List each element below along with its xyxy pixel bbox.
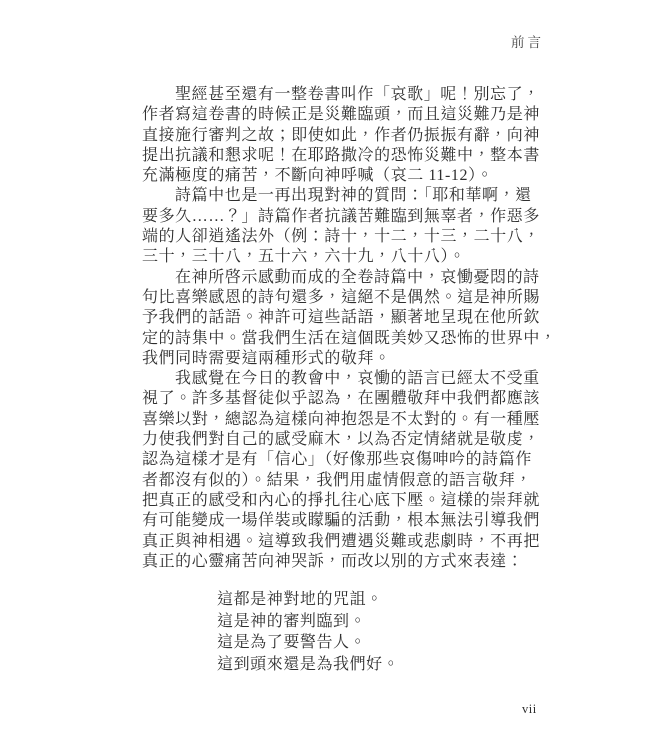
text-block: 聖經甚至還有一整卷書叫作「哀歌」呢！別忘了， 作者寫這卷書的時候正是災難臨頭，而… [142, 85, 546, 676]
text-line: 認為這樣才是有「信心」（好像那些哀傷呻吟的詩篇作 [142, 450, 546, 470]
text-line: 視了。許多基督徒似乎認為，在團體敬拜中我們都應該 [142, 389, 546, 409]
book-page: 前言 聖經甚至還有一整卷書叫作「哀歌」呢！別忘了， 作者寫這卷書的時候正是災難臨… [0, 0, 650, 750]
text-line: 直接施行審判之故；即使如此，作者仍振振有辭，向神 [142, 126, 546, 146]
quote-line: 這都是神對地的咒詛。 [217, 589, 546, 611]
paragraph: 在神所啓示感動而成的全卷詩篇中，哀慟憂悶的詩 句比喜樂感恩的詩句還多，這絕不是偶… [142, 268, 546, 369]
text-line: 有可能變成一場佯裝或矇騙的活動，根本無法引導我們 [142, 511, 546, 531]
text-line: 充滿極度的痛苦，不斷向神呼喊（哀二 11-12）。 [142, 166, 546, 186]
quote-line: 這是神的審判臨到。 [217, 611, 546, 633]
text-line: 詩篇中也是一再出現對神的質問：「耶和華啊，還 [142, 186, 546, 206]
quote-block: 這都是神對地的咒詛。 這是神的審判臨到。 這是為了要警告人。 這到頭來還是為我們… [142, 589, 546, 675]
text-line: 力使我們對自己的感受麻木，以為否定情緒就是敬虔， [142, 430, 546, 450]
text-line: 聖經甚至還有一整卷書叫作「哀歌」呢！別忘了， [142, 85, 546, 105]
text-line: 三十，三十八，五十六，六十九，八十八）。 [142, 247, 546, 267]
text-line: 我感覺在今日的教會中，哀慟的語言已經太不受重 [142, 369, 546, 389]
text-line: 真正與神相遇。這導致我們遭遇災難或悲劇時，不再把 [142, 532, 546, 552]
text-line: 我們同時需要這兩種形式的敬拜。 [142, 349, 546, 369]
text-line: 真正的心靈痛苦向神哭訴，而改以別的方式來表達： [142, 552, 546, 572]
paragraph: 聖經甚至還有一整卷書叫作「哀歌」呢！別忘了， 作者寫這卷書的時候正是災難臨頭，而… [142, 85, 546, 186]
paragraph: 詩篇中也是一再出現對神的質問：「耶和華啊，還 要多久……？」詩篇作者抗議苦難臨到… [142, 186, 546, 267]
running-header: 前言 [511, 31, 544, 51]
quote-line: 這到頭來還是為我們好。 [217, 654, 546, 676]
text-line: 端的人卻逍遙法外（例：詩十，十二，十三，二十八， [142, 227, 546, 247]
paragraph: 我感覺在今日的教會中，哀慟的語言已經太不受重 視了。許多基督徒似乎認為，在團體敬… [142, 369, 546, 572]
quote-line: 這是為了要警告人。 [217, 632, 546, 654]
text-line: 提出抗議和懇求呢！在耶路撒冷的恐怖災難中，整本書 [142, 146, 546, 166]
text-line: 喜樂以對，總認為這樣向神抱怨是不太對的。有一種壓 [142, 410, 546, 430]
page-number: vii [522, 702, 537, 717]
text-line: 句比喜樂感恩的詩句還多，這絕不是偶然。這是神所賜 [142, 288, 546, 308]
text-line: 把真正的感受和內心的掙扎往心底下壓。這樣的崇拜就 [142, 491, 546, 511]
text-line: 者都沒有似的）。結果，我們用虛情假意的語言敬拜， [142, 471, 546, 491]
text-line: 定的詩集中。當我們生活在這個既美妙又恐怖的世界中， [142, 329, 546, 349]
text-line: 作者寫這卷書的時候正是災難臨頭，而且這災難乃是神 [142, 105, 546, 125]
text-line: 要多久……？」詩篇作者抗議苦難臨到無辜者，作惡多 [142, 207, 546, 227]
text-line: 在神所啓示感動而成的全卷詩篇中，哀慟憂悶的詩 [142, 268, 546, 288]
text-line: 予我們的話語。神許可這些話語，顯著地呈現在他所欽 [142, 308, 546, 328]
